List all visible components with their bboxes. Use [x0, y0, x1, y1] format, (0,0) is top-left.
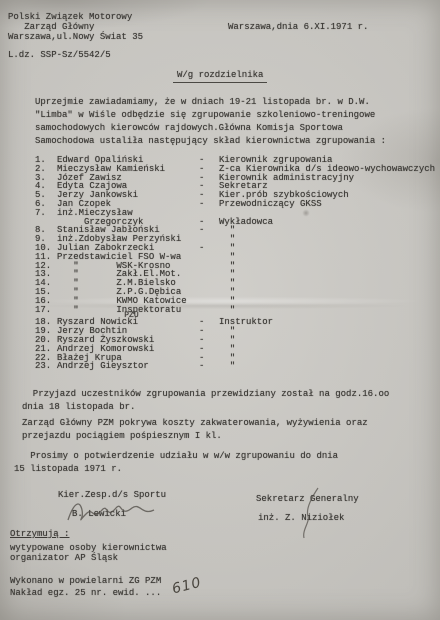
letterhead: Polski Związek Motorowy Zarząd Główny Wa…	[8, 12, 143, 42]
list-row-dash	[199, 279, 219, 288]
list-row-role: Przewodniczący GKSS	[219, 200, 322, 209]
signature-right-title: Sekretarz Generalny	[256, 494, 359, 504]
arrival-paragraph: Przyjazd uczestników zgrupowania przewid…	[22, 388, 389, 414]
costs-paragraph: Zarząd Główny PZM pokrywa koszty zakwate…	[22, 417, 368, 443]
list-row-dash	[199, 253, 219, 262]
list-row-dash	[199, 270, 219, 279]
scanned-letter-page: Polski Związek Motorowy Zarząd Główny Wa…	[0, 0, 440, 620]
recipients-lines: wytypowane osoby kierownictwa organizato…	[10, 544, 167, 563]
participants-list: 1. Edward Opaliński - Kierownik zgrupowa…	[35, 156, 435, 371]
list-row-dash	[199, 262, 219, 271]
list-row-dash	[199, 288, 219, 297]
list-row-role: "	[219, 306, 235, 315]
list-row: 23. Andrzej Gieysztor - "	[35, 362, 435, 371]
list-row-dash: -	[199, 244, 219, 253]
list-row-role: "	[219, 362, 235, 371]
list-row-dash: -	[199, 200, 219, 209]
list-row-dash: -	[199, 226, 219, 235]
list-row-number: 7.	[35, 209, 57, 218]
signature-left-title: Kier.Zesp.d/s Sportu	[58, 490, 166, 500]
list-row-number: 23.	[35, 362, 57, 371]
recipients-heading: Otrzymują :	[10, 529, 167, 539]
signature-block-right: Sekretarz Generalny inż. Z. Niziołek	[256, 494, 359, 523]
list-row-name: Andrzej Gieysztor	[57, 362, 199, 371]
signature-left-name: B. Lewicki	[72, 509, 166, 519]
date-line: Warszawa,dnia 6.XI.1971 r.	[228, 22, 368, 32]
signature-block-left: Kier.Zesp.d/s Sportu B. Lewicki	[58, 490, 166, 519]
addressee-line: W/g rozdzielnika	[173, 70, 267, 83]
list-row-dash	[199, 297, 219, 306]
handwritten-copy-number: 610	[171, 578, 202, 595]
print-shop-footer: Wykonano w powielarni ZG PZM Nakład egz.…	[10, 575, 161, 599]
reference-number: L.dz. SSP-Sz/5542/5	[8, 50, 111, 60]
recipients-section: Otrzymują : wytypowane osoby kierownictw…	[10, 529, 167, 563]
confirmation-paragraph: Prosimy o potwierdzenie udziału w w/w zg…	[14, 450, 338, 476]
intro-paragraph: Uprzejmie zawiadamiamy, że w dniach 19-2…	[35, 96, 386, 148]
signature-right-name: inż. Z. Niziołek	[258, 513, 359, 523]
list-row-dash: -	[199, 362, 219, 371]
